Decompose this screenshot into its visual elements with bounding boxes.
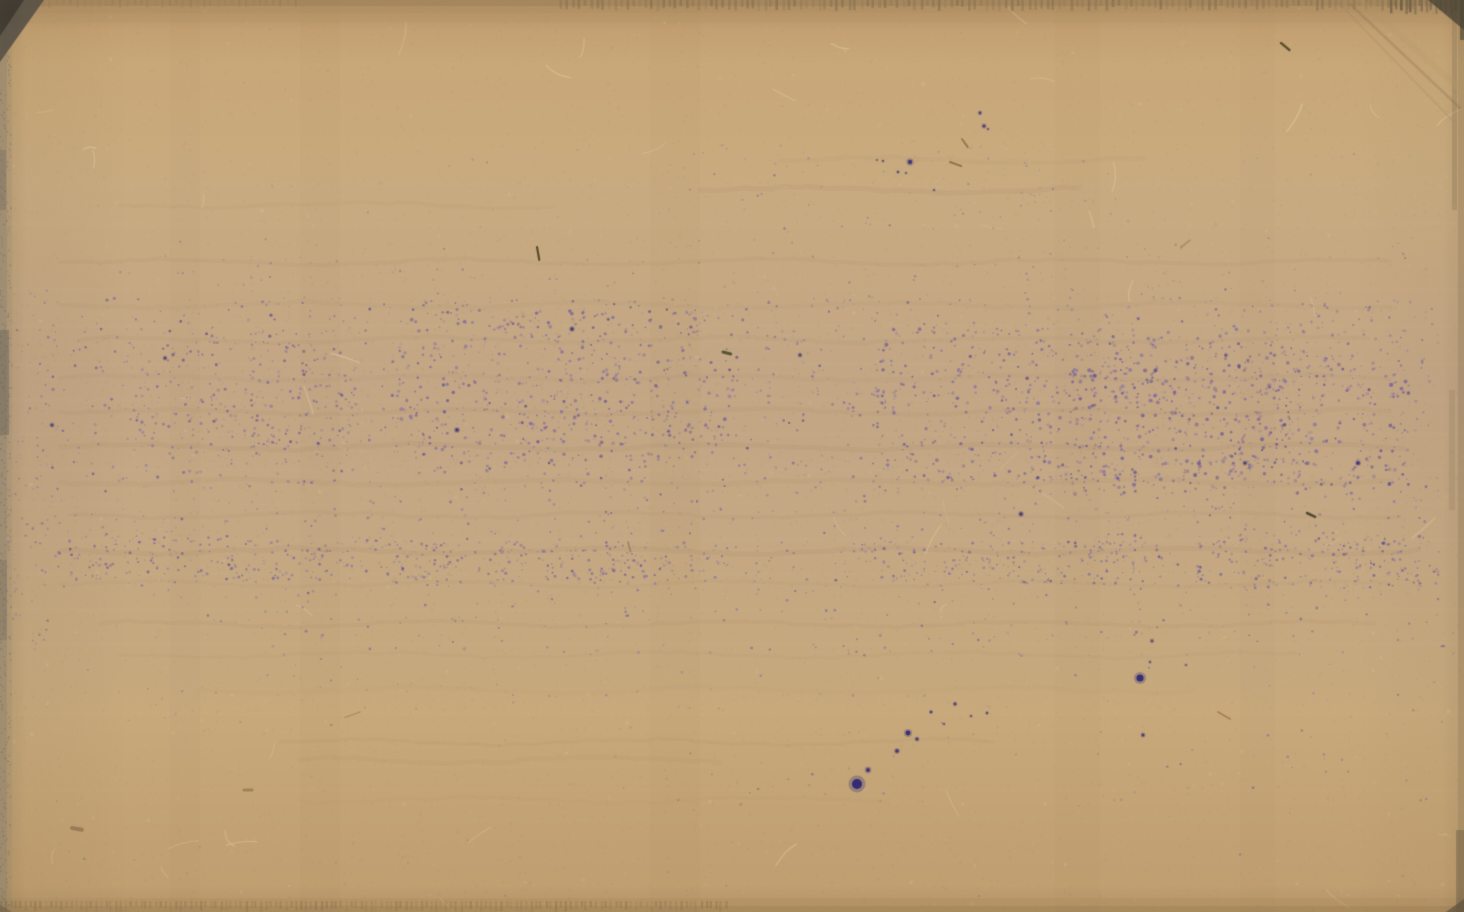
scanned-paper — [0, 0, 1464, 912]
paper-scan-image — [0, 0, 1464, 912]
